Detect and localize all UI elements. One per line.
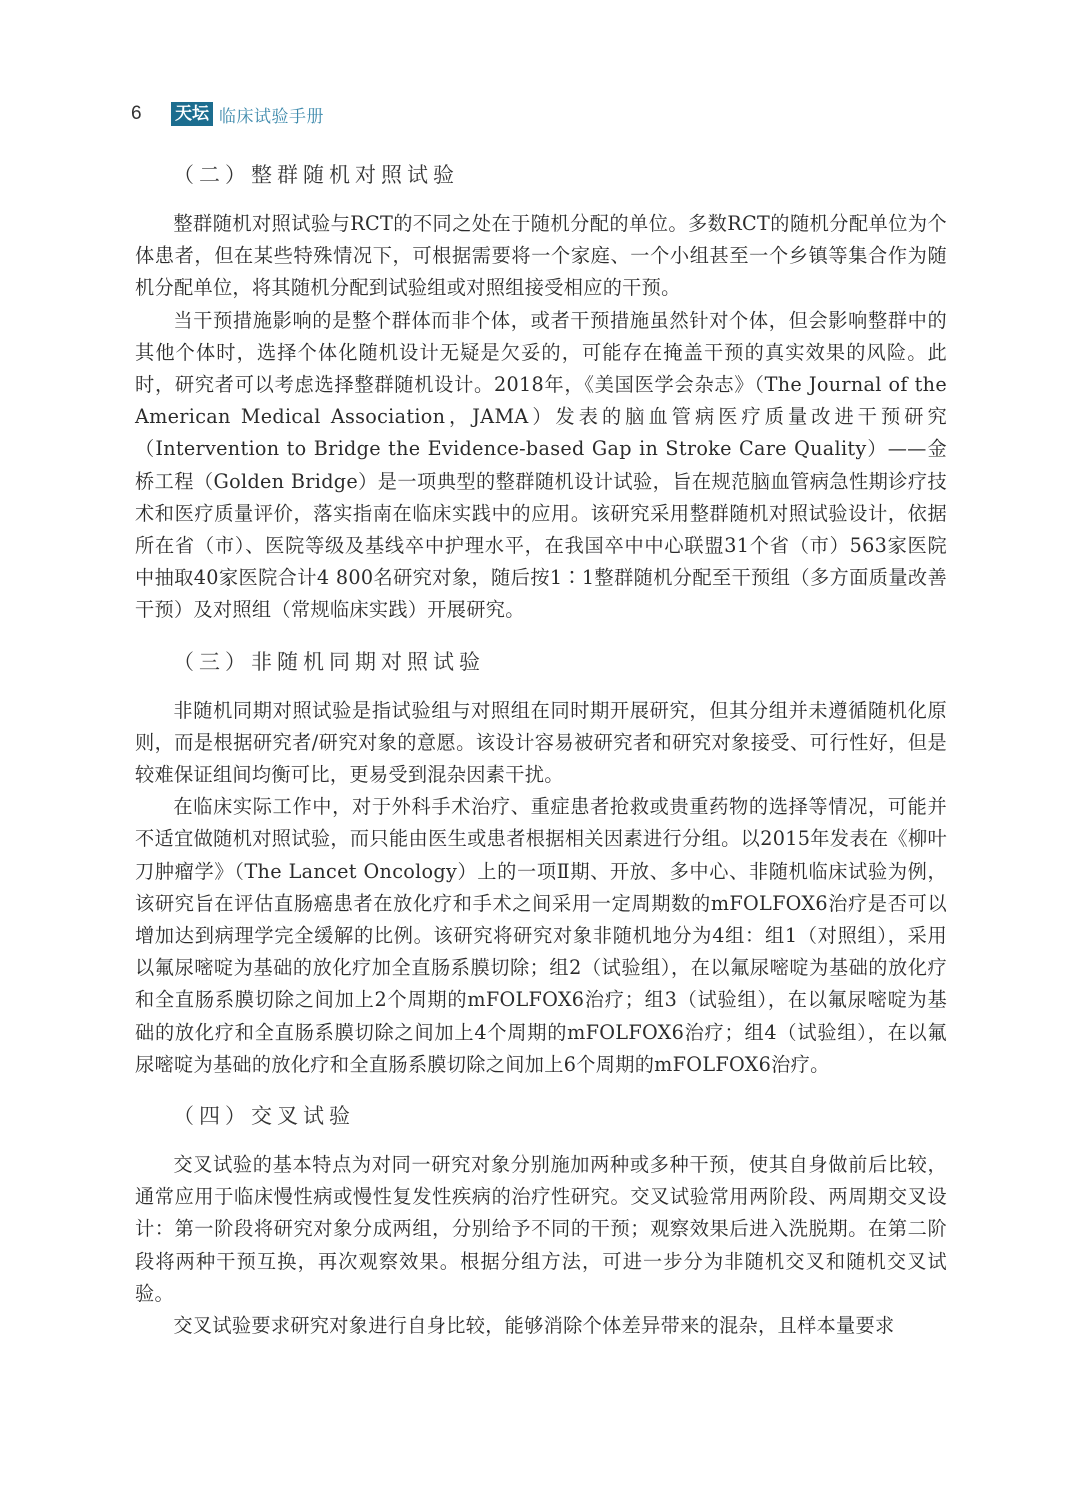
paragraph: 在临床实际工作中，对于外科手术治疗、重症患者抢救或贵重药物的选择等情况，可能并不…	[135, 791, 947, 1081]
section-heading: （三）非随机同期对照试验	[173, 645, 947, 679]
paragraph: 交叉试验要求研究对象进行自身比较，能够消除个体差异带来的混杂，且样本量要求	[135, 1310, 947, 1342]
section-heading: （二）整群随机对照试验	[173, 158, 947, 192]
running-header: 6 天坛 临床试验手册	[131, 101, 324, 127]
section-crossover: （四）交叉试验 交叉试验的基本特点为对同一研究对象分别施加两种或多种干预，使其自…	[135, 1099, 947, 1342]
paragraph: 非随机同期对照试验是指试验组与对照组在同时期开展研究，但其分组并未遵循随机化原则…	[135, 695, 947, 792]
page-body: （二）整群随机对照试验 整群随机对照试验与RCT的不同之处在于随机分配的单位。多…	[135, 158, 947, 1360]
section-heading: （四）交叉试验	[173, 1099, 947, 1133]
paragraph: 交叉试验的基本特点为对同一研究对象分别施加两种或多种干预，使其自身做前后比较，通…	[135, 1149, 947, 1310]
section-cluster-rct: （二）整群随机对照试验 整群随机对照试验与RCT的不同之处在于随机分配的单位。多…	[135, 158, 947, 627]
paragraph: 当干预措施影响的是整个群体而非个体，或者干预措施虽然针对个体，但会影响整群中的其…	[135, 305, 947, 627]
section-nonrandom-concurrent: （三）非随机同期对照试验 非随机同期对照试验是指试验组与对照组在同时期开展研究，…	[135, 645, 947, 1081]
page-number: 6	[131, 103, 171, 125]
book-title: 临床试验手册	[219, 102, 324, 127]
publisher-badge: 天坛	[171, 102, 213, 126]
paragraph: 整群随机对照试验与RCT的不同之处在于随机分配的单位。多数RCT的随机分配单位为…	[135, 208, 947, 305]
